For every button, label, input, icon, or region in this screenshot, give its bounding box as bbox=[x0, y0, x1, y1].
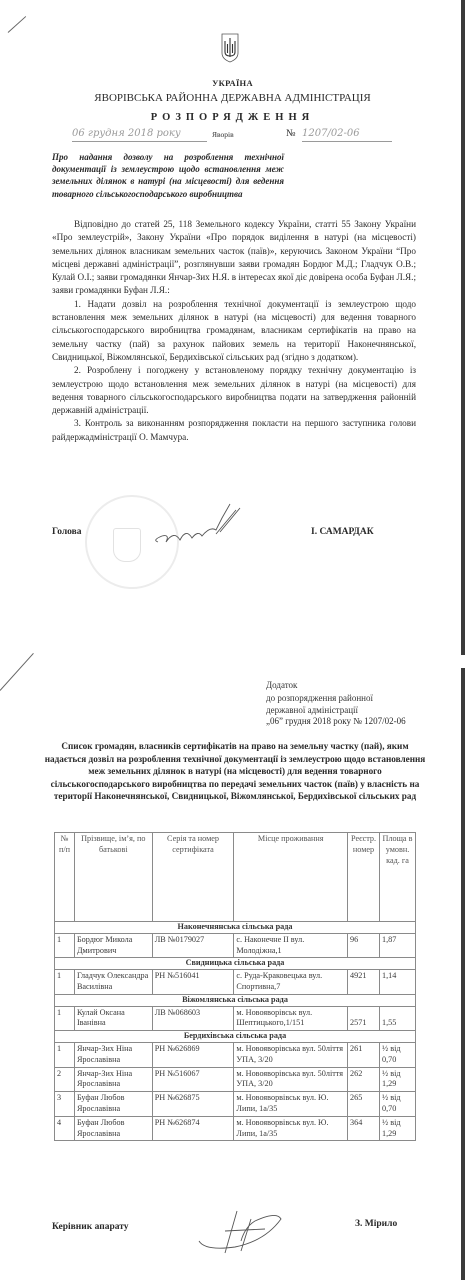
holder-name: Гладчук Олександра Василівна bbox=[74, 970, 152, 995]
holder-name: Янчар-Зих Ніна Ярославівна bbox=[74, 1067, 152, 1092]
order-number: 1207/02-06 bbox=[302, 128, 392, 142]
annex-label: Додаток bbox=[266, 679, 373, 692]
column-header: Площа в умовн. кад. га bbox=[380, 833, 416, 922]
table-row: 3 Буфан Любов Ярославівна РН №626875 м. … bbox=[55, 1092, 416, 1117]
address: м. Новояворівська вул. 50ліття УПА, 3/20 bbox=[234, 1042, 348, 1067]
column-header: Місце проживання bbox=[234, 833, 348, 922]
certificate-number: РН №626875 bbox=[152, 1092, 234, 1117]
table-header-row: № п/п Прізвище, ім’я, по батькові Серія … bbox=[55, 833, 416, 922]
annex-header: Додаток до розпорядження районної держав… bbox=[266, 679, 373, 717]
section-row: Бердихівська сільська рада bbox=[55, 1031, 416, 1043]
column-header: Прізвище, ім’я, по батькові bbox=[74, 833, 152, 922]
order-subject: Про надання дозволу на розроблення техні… bbox=[52, 151, 284, 200]
address: м. Новояворвівськ вул. Ю. Липи, 1а/35 bbox=[234, 1116, 348, 1141]
address: м. Новояворвівськ вул. Ю. Липи, 1а/35 bbox=[234, 1092, 348, 1117]
holder-name: Кулай Оксана Іванівна bbox=[74, 1006, 152, 1031]
certificate-number: РН №626874 bbox=[152, 1116, 234, 1141]
section-row: Віжомлянська сільська рада bbox=[55, 994, 416, 1006]
registry-number: 4921 bbox=[348, 970, 380, 995]
scan-edge bbox=[461, 668, 465, 1280]
pen-mark bbox=[0, 653, 34, 691]
row-number: 3 bbox=[55, 1092, 75, 1117]
row-number: 1 bbox=[55, 1042, 75, 1067]
order-place: Яворів bbox=[212, 130, 234, 139]
section-title: Наконечнянська сільська рада bbox=[55, 922, 416, 934]
area: ½ від 1,29 bbox=[380, 1067, 416, 1092]
section-row: Свидницька сільська рада bbox=[55, 958, 416, 970]
address: с. Наконечне ІІ вул. Молодіжна,1 bbox=[234, 933, 348, 958]
table-row: 2 Янчар-Зих Ніна Ярославівна РН №516067 … bbox=[55, 1067, 416, 1092]
row-number: 1 bbox=[55, 1006, 75, 1031]
column-header: Реєстр. номер bbox=[348, 833, 380, 922]
area: ½ від 1,29 bbox=[380, 1116, 416, 1141]
registry-number: 96 bbox=[348, 933, 380, 958]
table-row: 1 Гладчук Олександра Василівна РН №51604… bbox=[55, 970, 416, 995]
address: м. Новояворівськ вул. Шептицького,1/151 bbox=[234, 1006, 348, 1031]
annex-ref-line: державної адміністрації bbox=[266, 704, 373, 717]
signer-name: І. САМАРДАК bbox=[311, 527, 374, 537]
address: с. Руда-Краковецька вул. Спортивна,7 bbox=[234, 970, 348, 995]
holder-name: Буфан Любов Ярославівна bbox=[74, 1116, 152, 1141]
footer-signer-name: З. Мірило bbox=[355, 1219, 397, 1229]
section-title: Віжомлянська сільська рада bbox=[55, 994, 416, 1006]
table-row: 1 Янчар-Зих Ніна Ярославівна РН №626869 … bbox=[55, 1042, 416, 1067]
order-date: 06 грудня 2018 року bbox=[72, 128, 207, 142]
order-item-3: 3. Контроль за виконанням розпорядження … bbox=[52, 417, 416, 444]
certificate-holders-table: № п/п Прізвище, ім’я, по батькові Серія … bbox=[54, 832, 416, 1141]
preamble: Відповідно до статей 25, 118 Земельного … bbox=[52, 218, 416, 298]
signature-icon bbox=[150, 500, 250, 550]
certificate-number: ЛВ №068603 bbox=[152, 1006, 234, 1031]
list-title: Список громадян, власників сертифікатів … bbox=[40, 740, 430, 803]
table-row: 1 Бордюг Микола Дмитрович ЛВ №0179027 с.… bbox=[55, 933, 416, 958]
stamp-emblem-icon bbox=[113, 528, 141, 562]
annex-date: „06” грудня 2018 року № 1207/02-06 bbox=[266, 716, 406, 726]
administration-heading: ЯВОРІВСЬКА РАЙОННА ДЕРЖАВНА АДМІНІСТРАЦІ… bbox=[0, 92, 465, 104]
certificate-number: РН №516067 bbox=[152, 1067, 234, 1092]
area: 1,87 bbox=[380, 933, 416, 958]
registry-number: 261 bbox=[348, 1042, 380, 1067]
area: ½ від 0,70 bbox=[380, 1092, 416, 1117]
area: ½ від 0,70 bbox=[380, 1042, 416, 1067]
table-row: 1 Кулай Оксана Іванівна ЛВ №068603 м. Но… bbox=[55, 1006, 416, 1031]
order-body: Відповідно до статей 25, 118 Земельного … bbox=[52, 218, 416, 444]
signer-position: Голова bbox=[52, 527, 82, 537]
country-heading: УКРАЇНА bbox=[0, 78, 465, 88]
row-number: 4 bbox=[55, 1116, 75, 1141]
registry-number: 364 bbox=[348, 1116, 380, 1141]
registry-number: 265 bbox=[348, 1092, 380, 1117]
holder-name: Буфан Любов Ярославівна bbox=[74, 1092, 152, 1117]
footer-signer-position: Керівник апарату bbox=[52, 1222, 129, 1232]
row-number: 2 bbox=[55, 1067, 75, 1092]
order-item-1: 1. Надати дозвіл на розроблення технічно… bbox=[52, 298, 416, 364]
holder-name: Янчар-Зих Ніна Ярославівна bbox=[74, 1042, 152, 1067]
order-number-label: № bbox=[286, 128, 296, 139]
row-number: 1 bbox=[55, 970, 75, 995]
table-row: 4 Буфан Любов Ярославівна РН №626874 м. … bbox=[55, 1116, 416, 1141]
registry-number: 2571 bbox=[348, 1006, 380, 1031]
annex-ref-line: до розпорядження районної bbox=[266, 692, 373, 705]
registry-number: 262 bbox=[348, 1067, 380, 1092]
area: 1,55 bbox=[380, 1006, 416, 1031]
document-type-heading: РОЗПОРЯДЖЕННЯ bbox=[0, 112, 465, 123]
section-title: Свидницька сільська рада bbox=[55, 958, 416, 970]
row-number: 1 bbox=[55, 933, 75, 958]
trident-emblem-icon bbox=[221, 33, 239, 63]
address: м. Новояворівська вул. 50ліття УПА, 3/20 bbox=[234, 1067, 348, 1092]
area: 1,14 bbox=[380, 970, 416, 995]
certificate-number: ЛВ №0179027 bbox=[152, 933, 234, 958]
certificate-number: РН №626869 bbox=[152, 1042, 234, 1067]
column-header: Серія та номер сертифіката bbox=[152, 833, 234, 922]
signature-icon bbox=[195, 1207, 290, 1257]
section-row: Наконечнянська сільська рада bbox=[55, 922, 416, 934]
section-title: Бердихівська сільська рада bbox=[55, 1031, 416, 1043]
certificate-number: РН №516041 bbox=[152, 970, 234, 995]
pen-mark bbox=[8, 16, 27, 33]
holder-name: Бордюг Микола Дмитрович bbox=[74, 933, 152, 958]
column-header: № п/п bbox=[55, 833, 75, 922]
order-item-2: 2. Розроблену і погоджену у встановленом… bbox=[52, 364, 416, 417]
